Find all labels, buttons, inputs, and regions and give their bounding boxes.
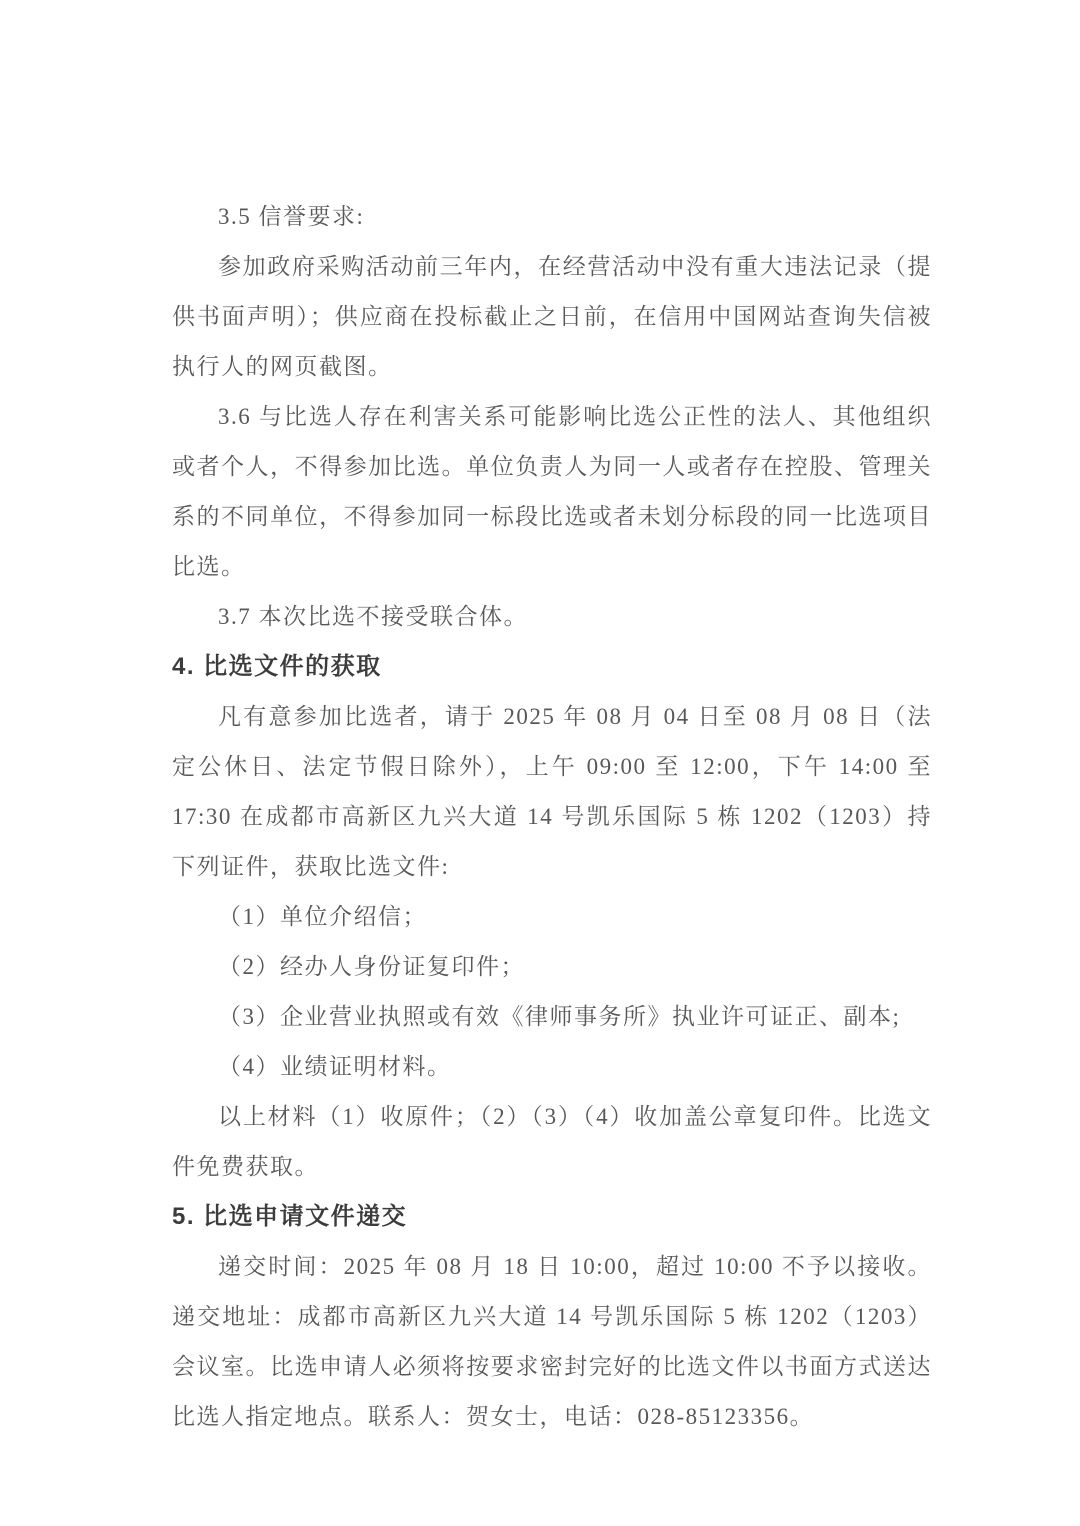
materials-note: 以上材料（1）收原件；（2）（3）（4）收加盖公章复印件。比选文件免费获取。	[172, 1092, 932, 1192]
document-body: 3.5 信誉要求: 参加政府采购活动前三年内，在经营活动中没有重大违法记录（提供…	[172, 192, 932, 1442]
section-4-intro: 凡有意参加比选者，请于 2025 年 08 月 04 日至 08 月 08 日（…	[172, 692, 932, 892]
required-item-2: （2）经办人身份证复印件；	[172, 942, 932, 992]
section-5-body: 递交时间：2025 年 08 月 18 日 10:00，超过 10:00 不予以…	[172, 1242, 932, 1442]
required-item-3: （3）企业营业执照或有效《律师事务所》执业许可证正、副本;	[172, 992, 932, 1042]
clause-3-7-body: 3.7 本次比选不接受联合体。	[172, 592, 932, 642]
clause-3-5-body: 参加政府采购活动前三年内，在经营活动中没有重大违法记录（提供书面声明）；供应商在…	[172, 242, 932, 392]
section-4-heading: 4. 比选文件的获取	[172, 642, 932, 692]
section-5-heading: 5. 比选申请文件递交	[172, 1192, 932, 1242]
clause-3-5-title: 3.5 信誉要求:	[172, 192, 932, 242]
required-item-1: （1）单位介绍信；	[172, 892, 932, 942]
required-item-4: （4）业绩证明材料。	[172, 1042, 932, 1092]
document-page: 3.5 信誉要求: 参加政府采购活动前三年内，在经营活动中没有重大违法记录（提供…	[0, 0, 1080, 1526]
clause-3-6-body: 3.6 与比选人存在利害关系可能影响比选公正性的法人、其他组织或者个人，不得参加…	[172, 392, 932, 592]
